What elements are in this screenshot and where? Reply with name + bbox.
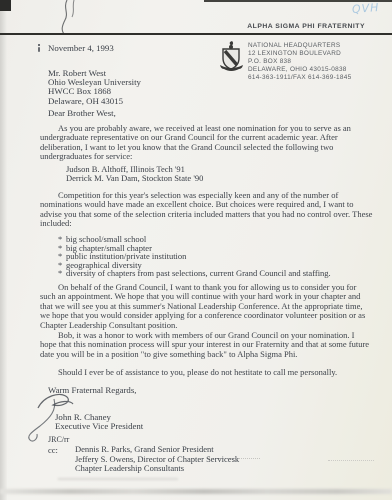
hq-line: P.O. BOX 838 xyxy=(248,58,347,66)
paragraph-nomination: As you are probably aware, we received a… xyxy=(40,124,373,162)
letter-date: November 4, 1993 xyxy=(48,43,114,53)
scanned-letter-page: QVH ALPHA SIGMA PHI FRATERNITY NATIONAL … xyxy=(0,0,392,500)
reference-initials: JRC/rr xyxy=(48,435,69,444)
scan-corner-artifact xyxy=(0,0,11,11)
paragraph-competition: Competition for this year's selection wa… xyxy=(40,191,373,229)
nominee-list: Judson B. Althoff, Illinois Tech '91 Der… xyxy=(66,165,203,184)
paragraph-assistance: Should I ever be of assistance to you, p… xyxy=(40,368,373,377)
handwritten-annotation: QVH xyxy=(352,1,380,16)
salutation: Dear Brother West, xyxy=(48,108,116,118)
cc-label: cc: xyxy=(48,445,58,455)
hq-line: NATIONAL HEADQUARTERS xyxy=(248,42,347,50)
fraternity-crest-icon xyxy=(218,41,245,73)
headquarters-address: NATIONAL HEADQUARTERS 12 LEXINGTON BOULE… xyxy=(248,42,347,74)
letterhead-rule xyxy=(0,33,392,35)
scan-edge-shadow xyxy=(0,0,7,500)
recipient-line: Delaware, OH 43015 xyxy=(48,97,141,106)
recipient-address-block: Mr. Robert West Ohio Wesleyan University… xyxy=(48,69,141,106)
cc-recipient-list: Dennis R. Parks, Grand Senior President … xyxy=(75,445,239,474)
scan-streak-bottom xyxy=(0,489,392,494)
fraternity-name: ALPHA SIGMA PHI FRATERNITY xyxy=(247,23,365,30)
phone-fax-line: 614-363-1911/FAX 614-369-1845 xyxy=(248,74,351,81)
scan-noise xyxy=(328,460,374,461)
cc-recipient: Chapter Leadership Consultants xyxy=(75,464,239,474)
signer-title: Executive Vice President xyxy=(55,421,143,431)
nominee: Derrick M. Van Dam, Stockton State '90 xyxy=(66,174,203,183)
asterisk-bullet-icon: * xyxy=(58,269,66,278)
hq-line: 12 LEXINGTON BOULEVARD xyxy=(248,50,347,58)
paragraph-honor: Bob, it was a honor to work with members… xyxy=(40,331,373,359)
scan-streak xyxy=(58,478,178,480)
paragraph-thanks: On behalf of the Grand Council, I want t… xyxy=(40,283,373,330)
criteria-bullet: *diversity of chapters from past selecti… xyxy=(58,269,331,278)
criteria-text: diversity of chapters from past selectio… xyxy=(66,268,331,278)
pen-scribble-mark xyxy=(52,0,86,36)
hq-line: DELAWARE, OHIO 43015-0838 xyxy=(248,66,347,74)
pen-tick-mark xyxy=(38,47,40,52)
criteria-bullet-list: *big school/small school *big chapter/sm… xyxy=(58,235,331,278)
